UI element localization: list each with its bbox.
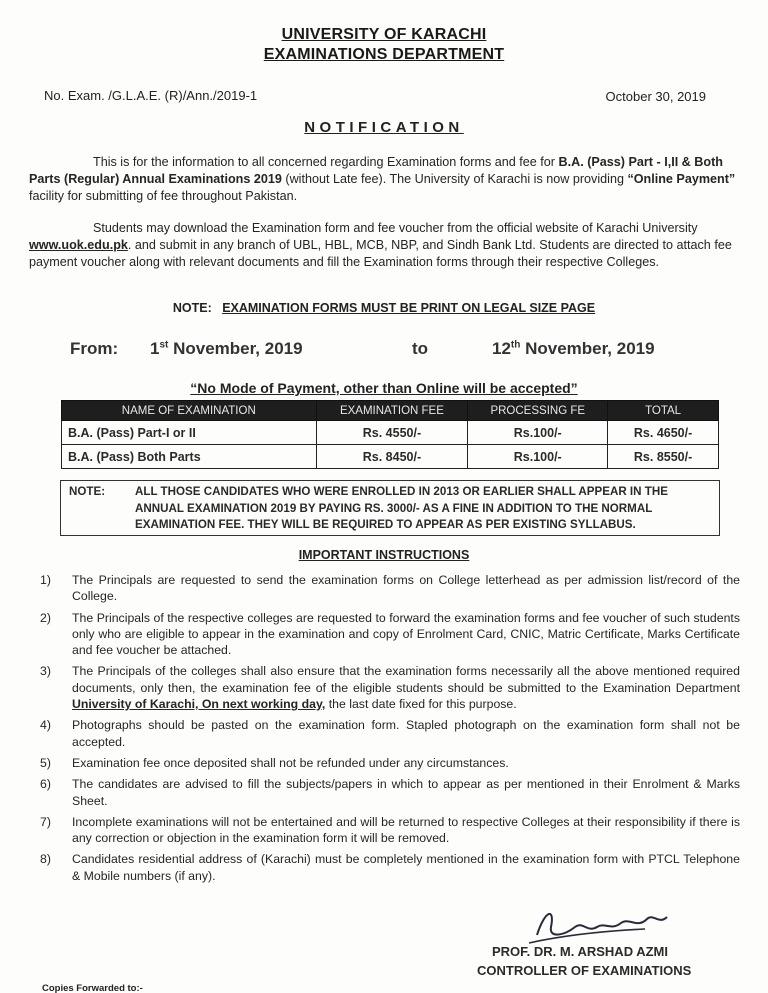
from-label: From: — [70, 339, 118, 359]
list-item: 5)Examination fee once deposited shall n… — [40, 755, 740, 771]
to-date: 12th November, 2019 — [492, 339, 655, 359]
issue-date: October 30, 2019 — [606, 89, 706, 104]
list-item: 6)The candidates are advised to fill the… — [40, 776, 740, 809]
legal-size-note: NOTE: EXAMINATION FORMS MUST BE PRINT ON… — [0, 301, 768, 315]
from-date: 1st November, 2019 — [150, 339, 303, 359]
fine-note-box: NOTE: ALL THOSE CANDIDATES WHO WERE ENRO… — [60, 480, 720, 536]
instructions-list: 1)The Principals are requested to send t… — [40, 572, 740, 889]
signatory-name: PROF. DR. M. ARSHAD AZMI — [492, 944, 668, 959]
fine-note-label: NOTE: — [69, 484, 105, 501]
notification-heading: NOTIFICATION — [0, 119, 768, 136]
fee-table: NAME OF EXAMINATION EXAMINATION FEE PROC… — [61, 400, 719, 469]
payment-mode-notice: “No Mode of Payment, other than Online w… — [0, 380, 768, 396]
intro-paragraph: This is for the information to all conce… — [29, 154, 741, 205]
list-item: 4)Photographs should be pasted on the ex… — [40, 717, 740, 750]
department-title: EXAMINATIONS DEPARTMENT — [0, 46, 768, 64]
download-paragraph: Students may download the Examination fo… — [29, 220, 741, 271]
fee-table-header: NAME OF EXAMINATION EXAMINATION FEE PROC… — [62, 401, 719, 421]
signature-image — [525, 905, 675, 947]
university-title: UNIVERSITY OF KARACHI — [0, 26, 768, 44]
instructions-heading: IMPORTANT INSTRUCTIONS — [0, 548, 768, 562]
signatory-title: CONTROLLER OF EXAMINATIONS — [477, 963, 691, 978]
col-exam-name: NAME OF EXAMINATION — [62, 401, 317, 421]
list-item: 2)The Principals of the respective colle… — [40, 610, 740, 659]
list-item: 8)Candidates residential address of (Kar… — [40, 851, 740, 884]
table-row: B.A. (Pass) Both Parts Rs. 8450/- Rs.100… — [62, 445, 719, 469]
list-item: 7)Incomplete examinations will not be en… — [40, 814, 740, 847]
notification-document: UNIVERSITY OF KARACHI EXAMINATIONS DEPAR… — [0, 0, 768, 993]
copies-forwarded: Copies Forwarded to:- — [42, 983, 143, 993]
list-item: 3)The Principals of the colleges shall a… — [40, 663, 740, 712]
list-item: 1)The Principals are requested to send t… — [40, 572, 740, 605]
col-processing-fee: PROCESSING FE — [468, 401, 608, 421]
website-link[interactable]: www.uok.edu.pk — [29, 238, 128, 252]
to-label: to — [412, 339, 428, 359]
reference-number: No. Exam. /G.L.A.E. (R)/Ann./2019-1 — [44, 88, 257, 103]
table-row: B.A. (Pass) Part-I or II Rs. 4550/- Rs.1… — [62, 421, 719, 445]
col-exam-fee: EXAMINATION FEE — [316, 401, 468, 421]
online-payment-term: “Online Payment” — [627, 172, 735, 186]
col-total: TOTAL — [608, 401, 719, 421]
fine-note-text: ALL THOSE CANDIDATES WHO WERE ENROLLED I… — [135, 484, 715, 534]
